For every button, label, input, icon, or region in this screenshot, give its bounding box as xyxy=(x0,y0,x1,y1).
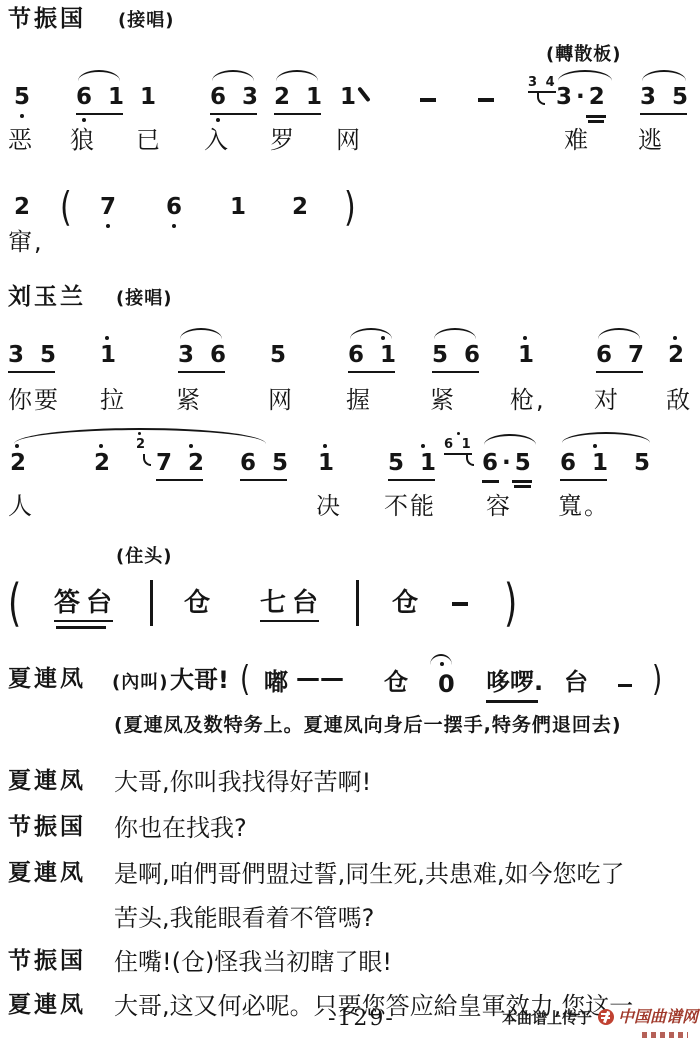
octave-dot xyxy=(99,444,103,448)
stage-cue: (接唱) xyxy=(118,12,174,30)
lyric-char: 对 xyxy=(594,388,620,412)
note-group: 2 xyxy=(14,196,34,219)
note-group: 3 5 xyxy=(640,86,692,109)
lyric-char: 枪, xyxy=(510,388,546,412)
sheet-music-page: 节振国 (接唱) (轉散板) 5 6 1 1 6 3 2 1 1 3 4 3·2… xyxy=(0,0,700,1038)
note-group: 2 xyxy=(292,196,312,219)
note-group: 2 xyxy=(94,452,114,475)
dialogue-text: 是啊,咱們哥們盟过誓,同生死,共患难,如今您吃了 xyxy=(114,860,625,889)
note-group: 3 5 xyxy=(8,344,60,367)
lyric-char: 难 xyxy=(564,128,590,152)
lyric-char: 容 xyxy=(486,494,512,518)
note-group: 6·5 xyxy=(482,452,535,475)
percussion-syllable: 嘟 xyxy=(264,668,288,697)
percussion-syllable: 台 xyxy=(564,668,588,697)
note-group: 6 1 xyxy=(560,452,612,475)
note-group: 1 xyxy=(100,344,120,367)
fermata-dot xyxy=(440,662,444,666)
dialogue-name: 夏連凤 xyxy=(8,770,86,793)
lyric-char: 网 xyxy=(268,388,294,412)
note-group: 2 1 xyxy=(274,86,326,109)
slur xyxy=(558,70,612,81)
grace-note: 6 1 xyxy=(444,438,473,451)
note-group: 5 xyxy=(270,344,290,367)
percussion-label: (住头) xyxy=(116,548,172,566)
octave-dot xyxy=(106,224,110,228)
tempo-annotation: (轉散板) xyxy=(546,46,621,64)
lyric-char: 寬。 xyxy=(558,494,610,518)
note-group: 3 6 xyxy=(178,344,230,367)
slur xyxy=(180,328,222,339)
note-group: 6 xyxy=(166,196,186,219)
slur xyxy=(276,70,318,81)
stage-cue: (接唱) xyxy=(116,290,172,308)
octave-dot xyxy=(138,432,141,435)
dash-note xyxy=(478,98,494,102)
note-group: 1 xyxy=(318,452,338,475)
underline xyxy=(482,480,499,483)
note-group: 5 xyxy=(634,452,654,475)
note-group: 6 5 xyxy=(240,452,292,475)
octave-dot xyxy=(20,114,24,118)
note-group: 5 1 xyxy=(388,452,440,475)
underline xyxy=(514,485,531,488)
dialogue-name: 夏連凤 xyxy=(8,668,86,691)
dash-note xyxy=(420,98,436,102)
note-group: 6 1 xyxy=(76,86,128,109)
barline xyxy=(150,580,153,626)
slur xyxy=(78,70,120,81)
long-dash: —— xyxy=(296,664,344,693)
percussion-syllable: 答台 xyxy=(54,590,118,616)
slur xyxy=(598,328,640,339)
stage-direction: (夏連凤及数特务上。夏連凤向身后一摆手,特务們退回去) xyxy=(114,716,622,735)
percussion-syllable: 仓 xyxy=(184,590,216,616)
lyric-char: 人 xyxy=(8,494,34,518)
grace-note: 3 4 xyxy=(528,76,557,89)
octave-dot xyxy=(172,224,176,228)
lyric-char: 窜, xyxy=(8,230,44,254)
dialogue-name: 夏連凤 xyxy=(8,862,86,885)
dialogue-text: 苦头,我能眼看着不管嗎? xyxy=(114,904,374,933)
dialogue-text: 大哥! xyxy=(170,666,229,695)
note-group: 5 6 xyxy=(432,344,484,367)
note-group: 7 xyxy=(100,196,120,219)
slur xyxy=(350,328,392,339)
underline xyxy=(586,115,606,118)
slur xyxy=(434,328,476,339)
dialogue-name: 夏連凤 xyxy=(8,994,86,1017)
underline xyxy=(588,120,604,123)
close-paren: ) xyxy=(344,188,356,229)
open-paren: ( xyxy=(60,188,72,229)
octave-dot xyxy=(457,432,460,435)
page-number: -129- xyxy=(328,1008,395,1030)
note-group: 7 2 xyxy=(156,452,208,475)
octave-dot xyxy=(523,336,527,340)
percussion-syllable: 哆啰. xyxy=(486,668,543,697)
note-group: 1 xyxy=(140,86,160,109)
underline xyxy=(512,480,532,483)
stage-cue: (內叫) xyxy=(112,674,168,692)
slur xyxy=(642,70,686,81)
note-group: 6 7 xyxy=(596,344,648,367)
watermark-text: 本曲谱上传于 xyxy=(502,1011,592,1026)
underline xyxy=(56,626,106,629)
octave-dot xyxy=(15,444,19,448)
lyric-char: 恶 xyxy=(8,128,34,152)
dialogue-name: 节振国 xyxy=(8,950,86,973)
lyric-char: 狼 xyxy=(70,128,96,152)
dialogue-text: 大哥,你叫我找得好苦啊! xyxy=(114,768,371,797)
lyric-char: 你要 xyxy=(8,388,60,412)
slur xyxy=(562,432,650,443)
lyric-char: 拉 xyxy=(100,388,126,412)
singer-name: 节振国 xyxy=(8,8,86,31)
lyric-char: 逃 xyxy=(638,128,664,152)
cutoff-text xyxy=(642,1032,688,1038)
grace-note: 2 xyxy=(136,438,147,451)
site-name: 中国曲谱网 xyxy=(618,1009,698,1025)
note-group: 2 xyxy=(10,452,30,475)
octave-dot xyxy=(381,336,385,340)
octave-dot xyxy=(105,336,109,340)
note-group: 5 xyxy=(14,86,34,109)
percussion-syllable: 七台 xyxy=(260,590,324,616)
dialogue-text: 你也在找我? xyxy=(114,814,247,843)
note-group: 1 xyxy=(518,344,538,367)
close-paren: ) xyxy=(652,662,662,697)
lyric-char: 敌 xyxy=(666,388,692,412)
note-group: 6 1 xyxy=(348,344,400,367)
slur xyxy=(484,434,536,445)
lyric-char: 网 xyxy=(336,128,362,152)
note-group: 2 xyxy=(668,344,688,367)
octave-dot xyxy=(82,118,86,122)
grace-hook xyxy=(143,454,151,466)
site-logo-icon xyxy=(598,1009,614,1025)
grace-hook xyxy=(466,454,474,466)
octave-dot xyxy=(593,444,597,448)
octave-dot xyxy=(673,336,677,340)
grace-hook xyxy=(537,93,545,105)
slur xyxy=(212,70,254,81)
lyric-char: 罗 xyxy=(270,128,296,152)
lyric-char: 紧 xyxy=(176,388,202,412)
octave-dot xyxy=(216,118,220,122)
octave-dot xyxy=(421,444,425,448)
lyric-char: 入 xyxy=(204,128,230,152)
percussion-syllable: 仓 xyxy=(392,590,424,616)
note-group: 3·2 xyxy=(556,86,609,109)
percussion-syllable: 0 xyxy=(438,670,455,699)
octave-dot xyxy=(323,444,327,448)
lyric-char: 紧 xyxy=(430,388,456,412)
dialogue-name: 节振国 xyxy=(8,816,86,839)
lyric-char: 握 xyxy=(346,388,372,412)
percussion-syllable: 仓 xyxy=(384,668,408,697)
lyric-char: 不能 xyxy=(384,494,436,518)
lyric-char: 已 xyxy=(136,128,162,152)
dash-note xyxy=(452,602,468,606)
singer-name: 刘玉兰 xyxy=(8,286,86,309)
open-paren: ( xyxy=(240,662,250,697)
open-paren: ( xyxy=(8,578,21,629)
octave-dot xyxy=(189,444,193,448)
dialogue-text: 住嘴!(仓)怪我当初瞎了眼! xyxy=(114,948,392,977)
note-group: 1 xyxy=(230,196,250,219)
dash-note xyxy=(618,684,632,687)
close-paren: ) xyxy=(504,578,517,629)
note-group: 6 3 xyxy=(210,86,262,109)
lyric-char: 决 xyxy=(316,494,342,518)
barline xyxy=(356,580,359,626)
